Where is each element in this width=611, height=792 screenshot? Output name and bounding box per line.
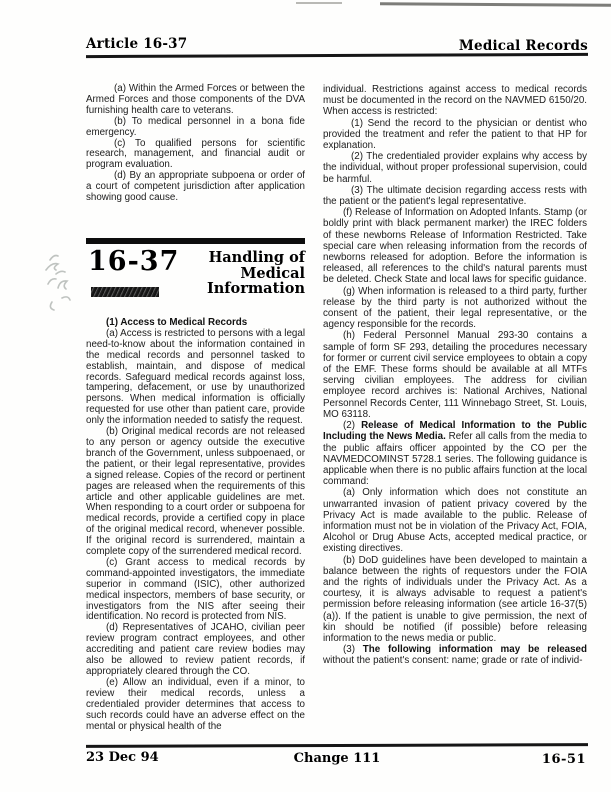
section-hatch-bar <box>91 287 159 297</box>
left-column-top: (a) Within the Armed Forces or between t… <box>86 84 305 216</box>
scan-artifact-line <box>296 2 342 4</box>
paragraph: (a) Within the Armed Forces or between t… <box>86 84 305 117</box>
paragraph: (h) Federal Personnel Manual 293-30 cont… <box>323 330 587 420</box>
paragraph: (d) Representatives of JCAHO, civilian p… <box>86 623 305 678</box>
paragraph: (b) To medical personnel in a bona fide … <box>86 117 305 139</box>
section-title-line: Handling of <box>207 250 305 266</box>
paragraph: individual. Restrictions against access … <box>323 84 587 118</box>
margin-pencil-marks <box>42 250 86 318</box>
section-number: 16-37 <box>88 246 179 277</box>
paragraph: (b) DoD guidelines have been developed t… <box>323 555 587 645</box>
left-column-paragraphs: (a) Access is restricted to persons with… <box>86 329 305 733</box>
footer-page-number: 16-51 <box>542 752 586 767</box>
paragraph: (f) Release of Information on Adopted In… <box>323 207 587 285</box>
paragraph: (3) The following information may be rel… <box>323 644 587 666</box>
section-top-bar <box>86 238 305 244</box>
paragraph: (a) Only information which does not cons… <box>323 487 587 554</box>
page-header: Article 16-37 Medical Records <box>86 36 588 54</box>
header-article-number: Article 16-37 <box>86 36 187 52</box>
subsection-heading-text: (1) Access to Medical Records <box>106 317 247 328</box>
paragraph: (c) Grant access to medical records by c… <box>86 558 305 623</box>
footer-rule <box>86 743 588 747</box>
paragraph: (2) Release of Medical Information to th… <box>323 420 587 487</box>
page-footer: 23 Dec 94 Change 111 16-51 <box>86 750 588 768</box>
paragraph: (1) Send the record to the physician or … <box>323 118 587 152</box>
paragraph: (a) Access is restricted to persons with… <box>86 329 305 427</box>
paragraph: (3) The ultimate decision regarding acce… <box>323 185 587 207</box>
paragraph: (2) The credentialed provider explains w… <box>323 151 587 185</box>
section-heading-block: 16-37 Handling of Medical Information <box>86 238 305 314</box>
paragraph: (c) To qualified persons for scientific … <box>86 139 305 172</box>
paragraph: (d) By an appropriate subpoena or order … <box>86 171 305 204</box>
right-column: individual. Restrictions against access … <box>323 84 587 667</box>
left-column-body: (1) Access to Medical Records (a) Access… <box>86 318 305 732</box>
document-page: Article 16-37 Medical Records (a) Within… <box>0 0 611 792</box>
paragraph: (g) When information is released to a th… <box>323 286 587 331</box>
paragraph: (b) Original medical records are not rel… <box>86 427 305 558</box>
scan-artifact-line <box>380 2 611 6</box>
footer-change-number: Change 111 <box>86 751 588 766</box>
section-title-line: Information <box>207 281 305 297</box>
section-title: Handling of Medical Information <box>207 250 305 297</box>
paragraph: (e) Allow an individual, even if a minor… <box>86 678 305 733</box>
header-chapter-title: Medical Records <box>459 38 588 54</box>
section-title-line: Medical <box>207 266 305 282</box>
